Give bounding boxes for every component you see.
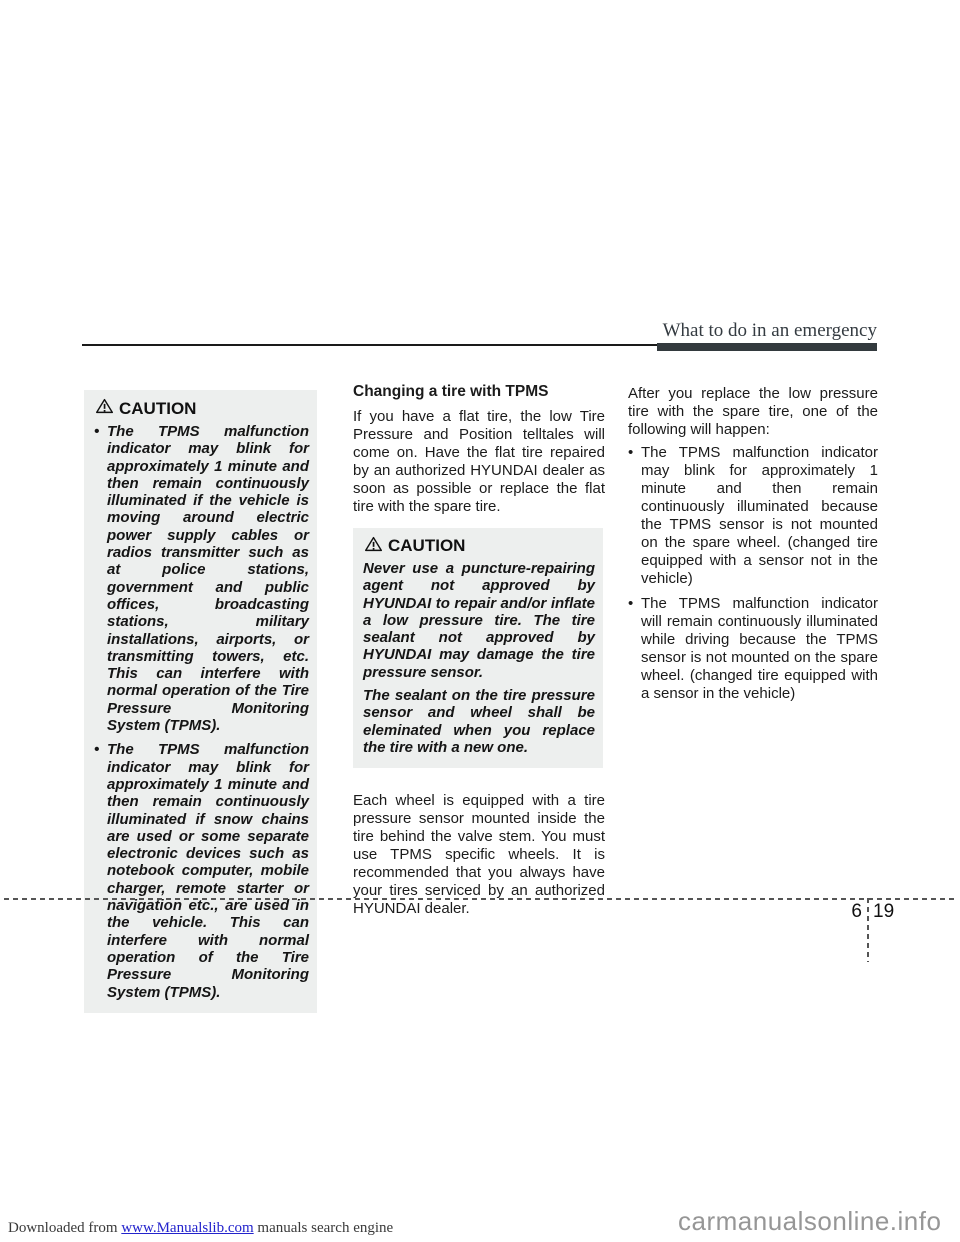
caution-title-row: CAUTION: [96, 398, 309, 419]
right-column: After you replace the low pressure tire …: [628, 385, 878, 710]
header-rule-accent: [657, 343, 877, 351]
attribution-suffix: manuals search engine: [257, 1220, 393, 1236]
caution-title-row: CAUTION: [365, 536, 595, 556]
bullet-marker: •: [628, 595, 641, 703]
chapter-number: 6: [834, 901, 862, 923]
list-item: • The TPMS malfunction indicator may bli…: [94, 423, 309, 734]
caution-paragraph: Never use a puncture-repairing agent not…: [363, 560, 595, 681]
bullet-text: The TPMS malfunction indicator will rema…: [641, 595, 878, 703]
paragraph: After you replace the low pressure tire …: [628, 385, 878, 439]
bullet-list: • The TPMS malfunction indicator may bli…: [628, 444, 878, 703]
warning-triangle-icon: [96, 398, 113, 419]
manualslib-link[interactable]: www.Manualslib.com: [121, 1220, 253, 1236]
bullet-marker: •: [94, 741, 107, 1000]
vertical-dashed-rule: [867, 898, 869, 962]
list-item: • The TPMS malfunction indicator may bli…: [94, 741, 309, 1000]
horizontal-dashed-rule: [4, 898, 956, 900]
caution-box-middle: CAUTION Never use a puncture-repairing a…: [353, 528, 603, 768]
section-heading: Changing a tire with TPMS: [353, 383, 605, 401]
attribution-prefix: Downloaded from: [8, 1220, 118, 1236]
page-number: 19: [873, 901, 894, 923]
download-attribution: Downloaded from www.Manualslib.com manua…: [8, 1220, 393, 1237]
caution-paragraph: The sealant on the tire pressure sensor …: [363, 687, 595, 756]
caution-body: Never use a puncture-repairing agent not…: [363, 560, 595, 756]
caution-title-label: CAUTION: [388, 537, 465, 555]
bullet-text: The TPMS malfunction indicator may blink…: [641, 444, 878, 588]
caution-box-left: CAUTION • The TPMS malfunction indicator…: [84, 390, 317, 1013]
caution-body: • The TPMS malfunction indicator may bli…: [94, 423, 309, 1001]
list-item: • The TPMS malfunction indicator may bli…: [628, 444, 878, 588]
caution-bullet-text: The TPMS malfunction indicator may blink…: [107, 423, 309, 734]
bullet-marker: •: [628, 444, 641, 588]
page-title: What to do in an emergency: [663, 320, 877, 342]
manual-page: What to do in an emergency CAUTION • The…: [0, 0, 960, 1242]
caution-title-label: CAUTION: [119, 399, 196, 419]
watermark-text: carmanualsonline.info: [678, 1206, 941, 1237]
bullet-marker: •: [94, 423, 107, 734]
warning-triangle-icon: [365, 536, 382, 556]
middle-column: Changing a tire with TPMS If you have a …: [353, 383, 605, 918]
caution-bullet-text: The TPMS malfunction indicator may blink…: [107, 741, 309, 1000]
list-item: • The TPMS malfunction indicator will re…: [628, 595, 878, 703]
paragraph: If you have a flat tire, the low Tire Pr…: [353, 408, 605, 516]
